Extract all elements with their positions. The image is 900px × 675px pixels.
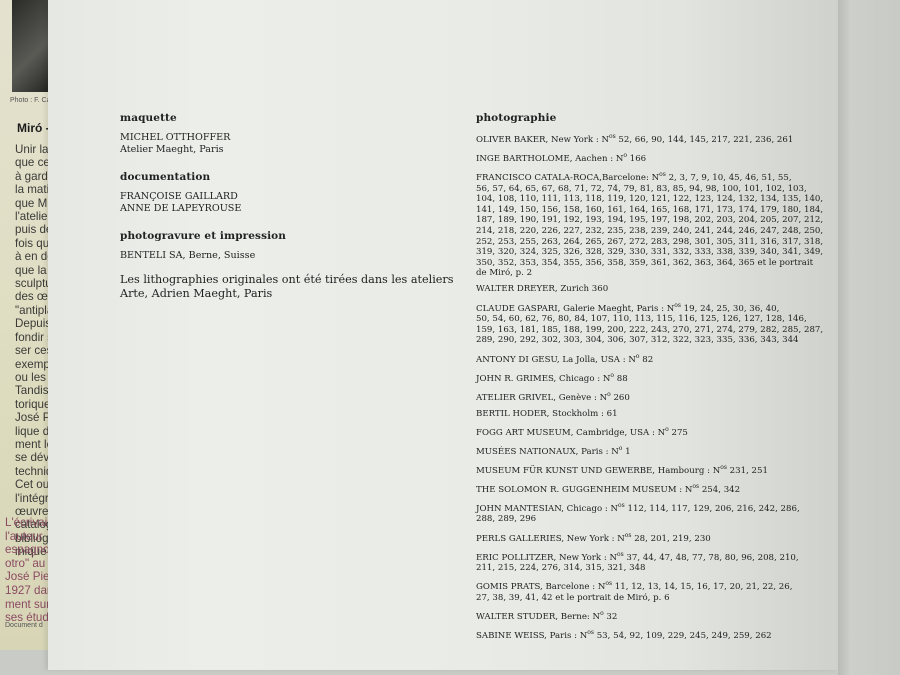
section-heading: documentation (120, 171, 460, 183)
entry-line: 50, 54, 60, 62, 76, 80, 84, 107, 110, 11… (476, 314, 816, 325)
entry-line: BERTIL HODER, Stockholm : 61 (476, 409, 816, 420)
photographer-entry: INGE BARTHOLOME, Aachen : No 166 (476, 151, 816, 164)
photographie-heading: photographie (476, 112, 816, 124)
section-line: FRANÇOISE GAILLARD (120, 191, 460, 203)
photographer-entry: ERIC POLLITZER, New York : Nos 37, 44, 4… (476, 550, 816, 574)
entry-line: CLAUDE GASPARI, Galerie Maeght, Paris : … (476, 301, 816, 314)
left-credits-column: maquetteMICHEL OTTHOFFERAtelier Maeght, … (120, 112, 460, 301)
entry-line: 214, 218, 220, 226, 227, 232, 235, 238, … (476, 226, 816, 237)
underlying-quote-text: L'écrivainl'auteurespagnootro" auJosé Pi… (5, 516, 54, 625)
photographer-list: OLIVER BAKER, New York : Nos 52, 66, 90,… (476, 132, 816, 641)
photographer-entry: OLIVER BAKER, New York : Nos 52, 66, 90,… (476, 132, 816, 145)
entry-line: 187, 189, 190, 191, 192, 193, 194, 195, … (476, 215, 816, 226)
section-line: BENTELI SA, Berne, Suisse (120, 250, 460, 262)
entry-line: ERIC POLLITZER, New York : Nos 37, 44, 4… (476, 550, 816, 563)
entry-line: 319, 320, 324, 325, 326, 328, 329, 330, … (476, 247, 816, 258)
section-heading: photogravure et impression (120, 230, 460, 242)
entry-line: JOHN R. GRIMES, Chicago : No 88 (476, 371, 816, 384)
quote-line: José Pie (5, 570, 54, 584)
entry-line: 56, 57, 64, 65, 67, 68, 71, 72, 74, 79, … (476, 184, 816, 195)
section-line: MICHEL OTTHOFFER (120, 132, 460, 144)
photographer-entry: ANTONY DI GESU, La Jolla, USA : No 82 (476, 352, 816, 365)
entry-line: ATELIER GRIVEL, Genève : No 260 (476, 390, 816, 403)
quote-line: ment sur (5, 598, 54, 612)
entry-line: GOMIS PRATS, Barcelone : Nos 11, 12, 13,… (476, 579, 816, 592)
entry-line: 27, 38, 39, 41, 42 et le portrait de Mir… (476, 593, 816, 604)
photographer-entry: PERLS GALLERIES, New York : Nos 28, 201,… (476, 531, 816, 544)
entry-line: de Miró, p. 2 (476, 268, 816, 279)
entry-line: FOGG ART MUSEUM, Cambridge, USA : No 275 (476, 425, 816, 438)
entry-line: 211, 215, 224, 276, 314, 315, 321, 348 (476, 563, 816, 574)
note-line: Arte, Adrien Maeght, Paris (120, 287, 460, 301)
entry-line: 159, 163, 181, 185, 188, 199, 200, 222, … (476, 325, 816, 336)
underlying-footer: Document d (5, 622, 43, 629)
photographer-entry: GOMIS PRATS, Barcelone : Nos 11, 12, 13,… (476, 579, 816, 603)
lithography-note: Les lithographies originales ont été tir… (120, 273, 460, 301)
quote-line: l'auteur (5, 530, 54, 544)
quote-line: espagno (5, 543, 54, 557)
entry-line: OLIVER BAKER, New York : Nos 52, 66, 90,… (476, 132, 816, 145)
entry-line: WALTER STUDER, Berne: No 32 (476, 609, 816, 622)
spacer (120, 183, 460, 191)
entry-line: SABINE WEISS, Paris : Nos 53, 54, 92, 10… (476, 628, 816, 641)
photographer-entry: WALTER DREYER, Zurich 360 (476, 284, 816, 295)
entry-line: INGE BARTHOLOME, Aachen : No 166 (476, 151, 816, 164)
spacer (120, 124, 460, 132)
spacer (120, 215, 460, 230)
quote-line: L'écrivain (5, 516, 54, 530)
entry-line: 350, 352, 353, 354, 355, 356, 358, 359, … (476, 258, 816, 269)
quote-line: 1927 dar (5, 584, 54, 598)
photographer-entry: FRANCISCO CATALA-ROCA,Barcelone: Nos 2, … (476, 170, 816, 279)
photographer-entry: BERTIL HODER, Stockholm : 61 (476, 409, 816, 420)
photographer-entry: MUSÉES NATIONAUX, Paris : No 1 (476, 444, 816, 457)
photographer-entry: WALTER STUDER, Berne: No 32 (476, 609, 816, 622)
book-spine-fold (838, 0, 900, 675)
photographer-entry: CLAUDE GASPARI, Galerie Maeght, Paris : … (476, 301, 816, 346)
quote-line: otro" au (5, 557, 54, 571)
spacer (120, 156, 460, 171)
entry-line: 104, 108, 110, 111, 113, 118, 119, 120, … (476, 194, 816, 205)
entry-line: FRANCISCO CATALA-ROCA,Barcelone: Nos 2, … (476, 170, 816, 183)
entry-line: ANTONY DI GESU, La Jolla, USA : No 82 (476, 352, 816, 365)
photographer-entry: THE SOLOMON R. GUGGENHEIM MUSEUM : Nos 2… (476, 482, 816, 495)
entry-line: THE SOLOMON R. GUGGENHEIM MUSEUM : Nos 2… (476, 482, 816, 495)
note-line: Les lithographies originales ont été tir… (120, 273, 460, 287)
photography-credits-column: photographie OLIVER BAKER, New York : No… (476, 112, 816, 647)
entry-line: 141, 149, 150, 156, 158, 160, 161, 164, … (476, 205, 816, 216)
photographer-entry: SABINE WEISS, Paris : Nos 53, 54, 92, 10… (476, 628, 816, 641)
entry-line: WALTER DREYER, Zurich 360 (476, 284, 816, 295)
entry-line: MUSEUM FÜR KUNST UND GEWERBE, Hambourg :… (476, 463, 816, 476)
spacer (120, 242, 460, 250)
entry-line: 289, 290, 292, 302, 303, 304, 306, 307, … (476, 335, 816, 346)
entry-line: JOHN MANTESIAN, Chicago : Nos 112, 114, … (476, 501, 816, 514)
entry-line: 288, 289, 296 (476, 514, 816, 525)
section-line: Atelier Maeght, Paris (120, 144, 460, 156)
photographer-entry: MUSEUM FÜR KUNST UND GEWERBE, Hambourg :… (476, 463, 816, 476)
photographer-entry: JOHN MANTESIAN, Chicago : Nos 112, 114, … (476, 501, 816, 525)
section-line: ANNE DE LAPEYROUSE (120, 203, 460, 215)
section-heading: maquette (120, 112, 460, 124)
entry-line: PERLS GALLERIES, New York : Nos 28, 201,… (476, 531, 816, 544)
photographer-entry: FOGG ART MUSEUM, Cambridge, USA : No 275 (476, 425, 816, 438)
photographer-entry: ATELIER GRIVEL, Genève : No 260 (476, 390, 816, 403)
photo-caption: Photo : F. Ca (10, 97, 50, 104)
entry-line: MUSÉES NATIONAUX, Paris : No 1 (476, 444, 816, 457)
photographer-entry: JOHN R. GRIMES, Chicago : No 88 (476, 371, 816, 384)
entry-line: 252, 253, 255, 263, 264, 265, 267, 272, … (476, 237, 816, 248)
